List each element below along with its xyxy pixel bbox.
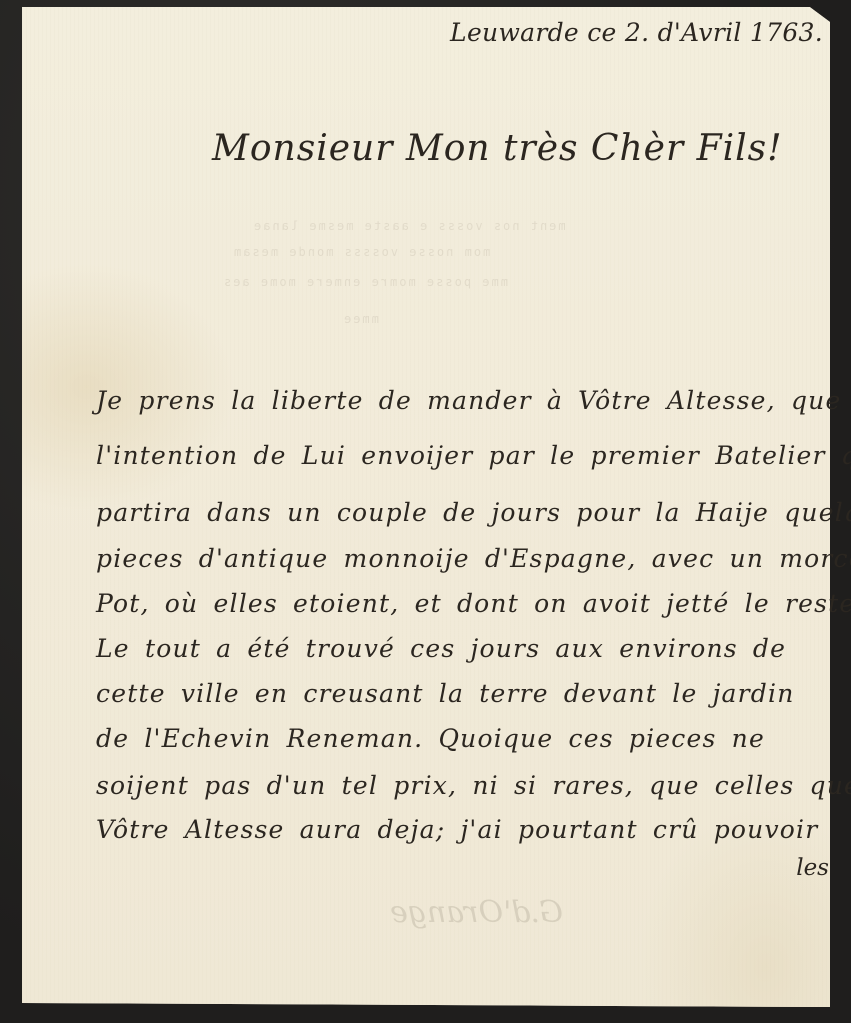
letter-body-line: Vôtre Altesse aura deja; j'ai pourtant c… — [96, 815, 818, 844]
letter-body-line: Le tout a été trouvé ces jours aux envir… — [96, 634, 786, 663]
letter-body-line: Je prens la liberte de mander à Vôtre Al… — [96, 386, 851, 415]
bleed-through-text: mom nosse vossss monde mesam — [232, 245, 490, 259]
letter-body-line: Pot, où elles etoient, et dont on avoit … — [96, 589, 851, 618]
letter-body-line: soijent pas d'un tel prix, ni si rares, … — [96, 771, 851, 800]
bleed-through-text: ment nos vosss e aaste mesme lanae — [252, 219, 566, 233]
letter-body-line: cette ville en creusant la terre devant … — [96, 679, 795, 708]
letter-catchword: les — [796, 855, 829, 881]
letter-body-line: l'intention de Lui envoijer par le premi… — [96, 441, 851, 470]
letter-salutation: Monsieur Mon très Chèr Fils! — [212, 128, 783, 169]
bleed-through-signature: G.d'Orange — [390, 895, 563, 930]
letter-body-line: pieces d'antique monnoije d'Espagne, ave… — [96, 544, 851, 573]
bleed-through-text: mmee — [342, 312, 379, 326]
letter-body-line: partira dans un couple de jours pour la … — [96, 498, 851, 527]
letter-body-line: de l'Echevin Reneman. Quoique ces pieces… — [96, 724, 765, 753]
bleed-through-text: mme posse momre enmere mome aes — [222, 275, 508, 289]
letter-dateline: Leuwarde ce 2. d'Avril 1763. — [450, 18, 823, 47]
